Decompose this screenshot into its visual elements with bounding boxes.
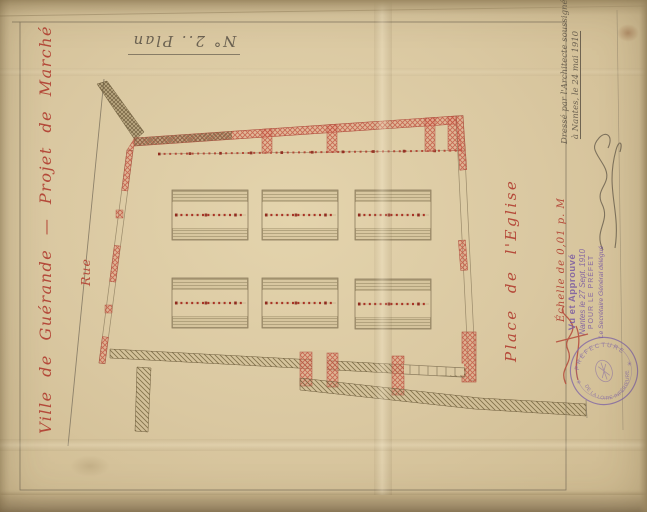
seal-center-emblem — [593, 358, 616, 384]
paper-stain — [70, 455, 110, 477]
market-plan-drawing: PRÉFECTURE DE LA LOIRE-INFÉRIEURE ✳ ✳ — [0, 0, 647, 512]
left-wall — [99, 150, 133, 364]
paper-edge-bottom — [0, 495, 647, 512]
stall-block — [172, 190, 248, 240]
architect-note: Dressé par l'Architecte soussigné à Nant… — [560, 26, 587, 144]
existing-wall-spur — [97, 81, 144, 140]
street-label: Rue — [78, 240, 95, 286]
stall-block — [172, 278, 248, 328]
paper-edge-right — [639, 0, 647, 512]
stall-block — [355, 190, 431, 240]
approval-line1: Vu et Approuvé — [568, 233, 578, 351]
stall-block — [262, 190, 338, 240]
seal-star-left: ✳ — [575, 379, 582, 387]
project-title-vertical: Ville de Guérande — Projet de Marché — [36, 92, 66, 434]
paper-edge-left — [0, 0, 10, 512]
approval-line2: Nantes le 27 Sept. 1910 — [578, 233, 588, 351]
stall-block — [262, 278, 338, 328]
architect-note-line1: Dressé par l'Architecte soussigné — [560, 26, 571, 144]
svg-text:DE LA LOIRE-INFÉRIEURE: DE LA LOIRE-INFÉRIEURE — [583, 368, 639, 408]
plan-number-label: N° 2.. Plan — [128, 28, 240, 55]
approval-line4: Le Secrétaire Général délégué — [597, 233, 607, 351]
seal-star-right: ✳ — [626, 360, 633, 368]
stall-block — [355, 279, 431, 329]
paper-edge-top — [0, 0, 647, 15]
right-wall — [456, 116, 476, 382]
scanned-plan-sheet: PRÉFECTURE DE LA LOIRE-INFÉRIEURE ✳ ✳ N°… — [0, 0, 647, 512]
seal-arc-bottom-text: DE LA LOIRE-INFÉRIEURE — [583, 368, 639, 408]
top-wall — [127, 116, 464, 154]
approval-stamp-text: Vu et Approuvé Nantes le 27 Sept. 1910 P… — [568, 233, 608, 351]
place-label: Place de l'Eglise — [502, 160, 526, 362]
architect-note-line2: à Nantes, le 24 mai 1910 — [571, 26, 582, 144]
approval-line3: POUR LE PRÉFET — [587, 233, 597, 351]
paper-stain — [617, 24, 639, 42]
